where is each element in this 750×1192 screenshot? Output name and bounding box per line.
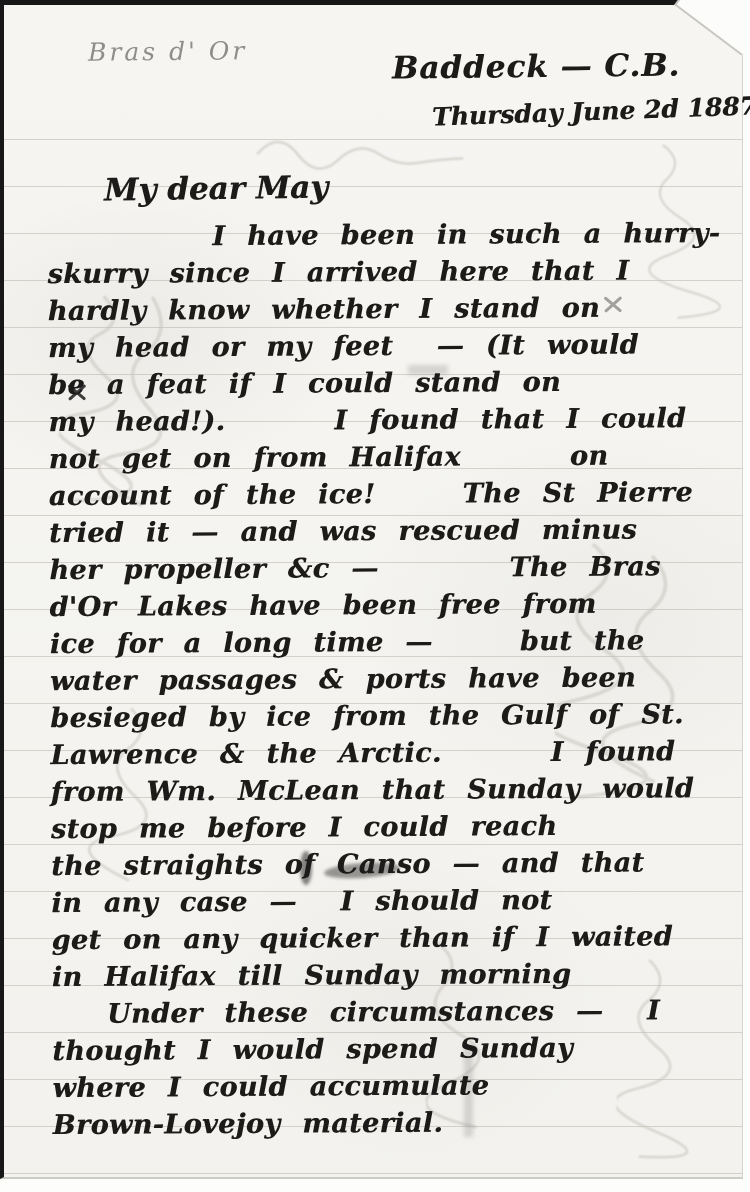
letter-line: the straights of Canso — and that: [51, 844, 729, 885]
letter-line: in Halifax till Sunday morning: [52, 955, 730, 996]
letter-line: thought I would spend Sunday: [52, 1029, 730, 1070]
pencil-annotation: Bras d' Or: [88, 36, 248, 66]
letter-line: where I could accumulate: [52, 1066, 730, 1107]
letter-line: in any case — I should not: [51, 881, 729, 922]
letter-line: account of the ice! The St Pierre: [49, 474, 727, 515]
heading-date-line: Thursday June 2d 1887: [432, 91, 750, 131]
heading-place-line: Baddeck — C.B.: [392, 47, 681, 86]
letter-line: d'Or Lakes have been free from: [49, 585, 727, 626]
scanned-letter-page: Bras d' Or Baddeck — C.B. Thursday June …: [0, 0, 750, 1192]
letter-line: my head!). I found that I could: [48, 400, 726, 441]
letter-line: Lawrence & the Arctic. I found: [50, 733, 728, 774]
letter-line: get on any quicker than if I waited: [51, 918, 729, 959]
letter-line: stop me before I could reach: [51, 807, 729, 848]
letter-line: besieged by ice from the Gulf of St.: [50, 696, 728, 737]
letter-line: from Wm. McLean that Sunday would: [51, 770, 729, 811]
letter-line: my head or my feet — (It would: [48, 326, 726, 367]
letter-paper: Bras d' Or Baddeck — C.B. Thursday June …: [0, 0, 743, 1179]
letter-line: I have been in such a hurry-: [47, 215, 725, 256]
letter-line: not get on from Halifax on: [49, 437, 727, 478]
letter-line: ice for a long time — but the: [50, 622, 728, 663]
letter-line: tried it — and was rescued minus: [49, 511, 727, 552]
salutation: My dear May: [104, 169, 329, 208]
letter-line: Under these circumstances — I: [52, 992, 730, 1033]
letter-line: water passages & ports have been: [50, 659, 728, 700]
letter-body: I have been in such a hurry-skurry since…: [47, 215, 731, 1144]
letter-line: Brown-Lovejoy material.: [53, 1103, 731, 1144]
letter-line: her propeller &c — The Bras: [49, 548, 727, 589]
scan-corner-cut: [677, 0, 750, 55]
letter-line: skurry since I arrived here that I: [47, 252, 725, 293]
letter-line: be a feat if I could stand on: [48, 363, 726, 404]
letter-line: hardly know whether I stand on: [48, 289, 726, 330]
